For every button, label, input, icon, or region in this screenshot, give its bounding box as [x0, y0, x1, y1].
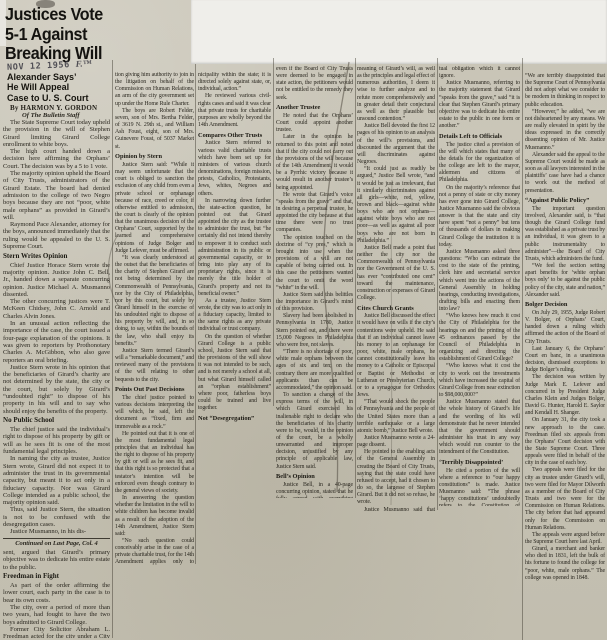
article-paragraph: In naming the city as trustee, Justice S… [3, 455, 110, 506]
article-paragraph: “We are terribly disappointed that the S… [525, 73, 605, 109]
article-paragraph: Justice Musmanno asked three questions: … [439, 249, 520, 313]
article-paragraph: He cited a portion of the will where a r… [439, 468, 520, 506]
article-paragraph: Justice Stern termed Girard’s will a “re… [115, 348, 194, 384]
article-paragraph: “That would shock the people of Pennsylv… [357, 399, 435, 435]
article-paragraph: Last January 6, the Orphans’ Court en ba… [525, 346, 605, 375]
article-paragraph: sent, argued that Girard’s primary objec… [3, 549, 110, 571]
article-column-5: meaning of Girard’s will, as well as the… [357, 66, 435, 514]
article-paragraph: Later in the opinion he returned to this… [276, 134, 353, 191]
article-paragraph: In answering the question whether the li… [115, 495, 194, 538]
article-paragraph: Justice Musmanno, in his dis- [3, 528, 110, 535]
article-paragraph: tion giving him authority to join in the… [115, 72, 194, 108]
article-column-2: tion giving him authority to join in the… [115, 72, 194, 566]
article-paragraph: Justice Musmanno wrote a 24-page dissent… [357, 435, 435, 449]
article-paragraph: even if the Board of City Trusts were de… [276, 66, 353, 102]
column-rule [195, 64, 196, 564]
date-stamp-mark: F.™ [75, 58, 92, 69]
article-paragraph: Girard, a merchant and banker who died i… [525, 546, 605, 582]
article-paragraph: The high court handed down a decision he… [3, 148, 110, 170]
article-paragraph: The opinion touched on the doctrine of “… [276, 235, 353, 292]
column-rule [522, 58, 523, 640]
article-paragraph: Slavery had been abolished in Pennsylvan… [276, 313, 353, 349]
article-column-1: The State Supreme Court today upheld the… [3, 119, 110, 638]
article-paragraph: He noted that the Orphans’ Court could a… [276, 113, 353, 134]
backing-paper-top [191, 0, 607, 64]
section-subhead: Bolger Decision [525, 301, 605, 308]
article-paragraph: The city, over a period of more than two… [3, 604, 110, 626]
column-rule [273, 58, 274, 406]
article-paragraph: Thus, said Justice Stern, the situation … [3, 506, 110, 528]
article-paragraph: The chief justice pointed to various dec… [115, 395, 194, 431]
article-paragraph: “It could just as readily be argued,” Ju… [357, 166, 435, 245]
article-paragraph: “It was clearly understood at the outset… [115, 255, 194, 348]
article-paragraph: nicipality within the state; it is direc… [198, 72, 271, 93]
article-paragraph: Two appeals were filed for the city as t… [525, 467, 605, 531]
section-subhead: Bell’s Opinion [276, 473, 353, 480]
section-subhead: Compares Other Trusts [198, 132, 271, 139]
article-paragraph: He wrote that Girard’s voice “speaks fro… [276, 192, 353, 235]
section-subhead: Details Left to Officials [439, 133, 520, 140]
byline: By HARMON Y. GORDON [10, 104, 110, 112]
section-subhead: No Public School [3, 417, 110, 424]
article-paragraph: The boys are Robert Felder, seven, son o… [115, 108, 194, 151]
section-subhead: “Against Public Policy” [525, 197, 605, 204]
article-paragraph: Justice Bell made a point that neither t… [357, 245, 435, 302]
subheadline: Alexander Says’ He Will Appeal Case to U… [7, 72, 115, 103]
column-rule [112, 60, 113, 638]
article-paragraph: “However,” he added, “we are not dishear… [525, 109, 605, 152]
article-paragraph: The majority opinion upheld the Board of… [3, 170, 110, 221]
article-paragraph: “There is no shortage of poor, white mal… [276, 349, 353, 392]
date-stamp-text: NOV 12 1956 [7, 60, 70, 73]
article-paragraph: He pointed out that it is one of the mos… [115, 431, 194, 495]
article-paragraph: “Who knows how much it cost the City of … [439, 313, 520, 363]
article-paragraph: Justice Bell, in a 40-page concurring op… [276, 482, 353, 498]
article-paragraph: meaning of Girard’s will, as well as the… [357, 66, 435, 123]
article-paragraph: On January 31, the city took a new appro… [525, 417, 605, 467]
article-paragraph: He pointed to the enabling acts of the G… [357, 449, 435, 506]
section-subhead: Another Trustee [276, 104, 353, 111]
article-column-4: even if the Board of City Trusts were de… [276, 66, 353, 498]
article-column-6: tual obligation which it cannot ignore.J… [439, 66, 520, 506]
section-subhead: Freedman in Fight [3, 573, 110, 580]
section-subhead: Opinion by Stern [115, 153, 194, 160]
article-paragraph: Justice Stern wrote in his opinion that … [3, 364, 110, 415]
article-column-3: nicipality within the state; it is direc… [198, 72, 271, 422]
article-paragraph: Justice Musmanno said that Girard had sp… [357, 507, 435, 514]
article-paragraph: The other concurring justices were T. Mc… [3, 298, 110, 320]
section-subhead: Cites Church Grants [357, 305, 435, 312]
section-subhead: Points Out Past Decisions [115, 386, 194, 393]
article-paragraph: He reviewed various civil-rights cases a… [198, 93, 271, 129]
article-paragraph: Justice Stern said: “While it may seem u… [115, 162, 194, 255]
article-paragraph: “Who knows what it cost the city to work… [439, 363, 520, 399]
article-paragraph: Former City Solicitor Abraham L. Freedma… [3, 626, 110, 638]
column-rule [437, 58, 438, 510]
article-paragraph: In an unusual action reflecting the impo… [3, 320, 110, 364]
article-paragraph: On the majority’s reference that not a p… [439, 185, 520, 249]
section-subhead: Stern Writes Opinion [3, 253, 110, 260]
article-paragraph: The justice cited a provision of the wil… [439, 142, 520, 185]
article-paragraph: “No such question could conceivably aris… [115, 538, 194, 566]
article-paragraph: Alexander said the appeal to the Supreme… [525, 152, 605, 195]
article-paragraph: Justice Bell discussed the effect it wou… [357, 313, 435, 399]
subheadline-line: Case to U. S. Court [7, 93, 115, 103]
newspaper-clipping: Justices Vote 5-1 Against Breaking Will … [0, 0, 607, 640]
headline-line: 5-1 Against [5, 25, 108, 45]
subheadline-line: Alexander Says’ [7, 72, 115, 82]
article-paragraph: Justice Musmanno stated that the whole h… [439, 399, 520, 456]
article-paragraph: As a trustee, Justice Stern wrote, the c… [198, 298, 271, 334]
article-paragraph: The State Supreme Court today upheld the… [3, 119, 110, 148]
article-paragraph: tual obligation which it cannot ignore. [439, 66, 520, 80]
article-paragraph: Justice Stern referred to various valid … [198, 140, 271, 197]
headline-line: Justices Vote [5, 5, 108, 25]
subheadline-line: He Will Appeal [7, 82, 115, 92]
article-paragraph: On the question of whether Girard Colleg… [198, 334, 271, 413]
article-column-7: “We are terribly disappointed that the S… [525, 73, 605, 582]
article-paragraph: Justice Bell devoted the first 12 pages … [357, 123, 435, 166]
article-paragraph: Justice Stern said this belittles the im… [276, 292, 353, 313]
article-paragraph: On July 29, 1955, Judge Robert V. Bolger… [525, 310, 605, 346]
article-paragraph: The important question involved, Alexand… [525, 206, 605, 263]
column-rule [355, 58, 356, 498]
article-paragraph: Raymond Pace Alexander, attorney for the… [3, 221, 110, 250]
section-subhead: Not “Desegregation” [198, 415, 271, 422]
continued-note: Continued on Last Page, Col. 4 [3, 538, 110, 547]
article-paragraph: In narrowing down further the state-acti… [198, 198, 271, 298]
byline-organization: Of The Bulletin Staff [22, 112, 112, 119]
date-stamp: NOV 12 1956 F.™ [7, 58, 92, 73]
article-paragraph: The chief justice said the individual’s … [3, 426, 110, 455]
article-paragraph: The appeals were argued before the Supre… [525, 532, 605, 546]
article-paragraph: “We feel the section setting apart benef… [525, 263, 605, 299]
article-paragraph: As part of the order affirming the lower… [3, 582, 110, 604]
article-paragraph: The decision was written by Judge Mark E… [525, 374, 605, 417]
article-paragraph: To sanction a change of the express term… [276, 392, 353, 471]
headline: Justices Vote 5-1 Against Breaking Will [5, 5, 117, 64]
article-paragraph: Justice Musmanno, referring to the major… [439, 80, 520, 130]
section-subhead: ‘Terribly Disappointed’ [439, 459, 520, 466]
article-paragraph: Chief Justice Horace Stern wrote the maj… [3, 262, 110, 298]
